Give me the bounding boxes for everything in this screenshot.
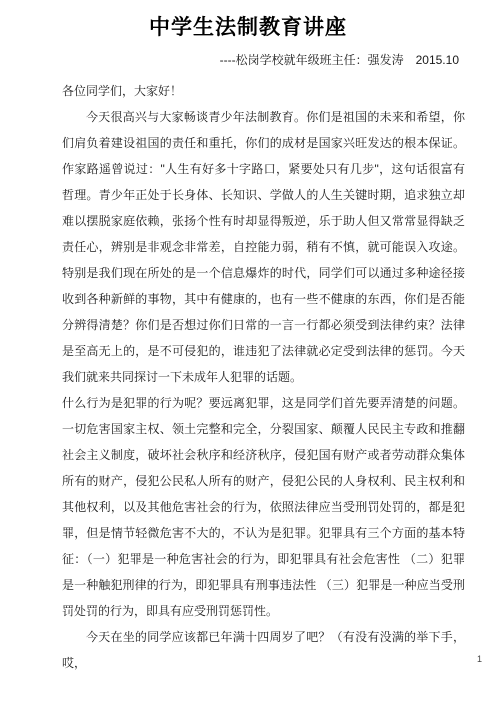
document-page: 中学生法制教育讲座 ----松岗学校就年级班主任：强发涛 2015.10 各位同… bbox=[0, 0, 496, 702]
byline: ----松岗学校就年级班主任：强发涛 2015.10 bbox=[0, 52, 459, 69]
paragraph: 今天在坐的同学应该都已年满十四周岁了吧？（有没有没满的举下手，哎， bbox=[62, 624, 465, 676]
document-body: 各位同学们，大家好！ 今天很高兴与大家畅谈青少年法制教育。你们是祖国的未来和希望… bbox=[62, 78, 465, 676]
document-title: 中学生法制教育讲座 bbox=[0, 0, 496, 43]
greeting-line: 各位同学们，大家好！ bbox=[62, 78, 465, 104]
page-number: 1 bbox=[477, 655, 482, 664]
paragraph: 今天很高兴与大家畅谈青少年法制教育。你们是祖国的未来和希望，你们肩负着建设祖国的… bbox=[62, 104, 465, 390]
paragraph: 什么行为是犯罪的行为呢？要远离犯罪，这是同学们首先要弄清楚的问题。一切危害国家主… bbox=[62, 390, 465, 624]
